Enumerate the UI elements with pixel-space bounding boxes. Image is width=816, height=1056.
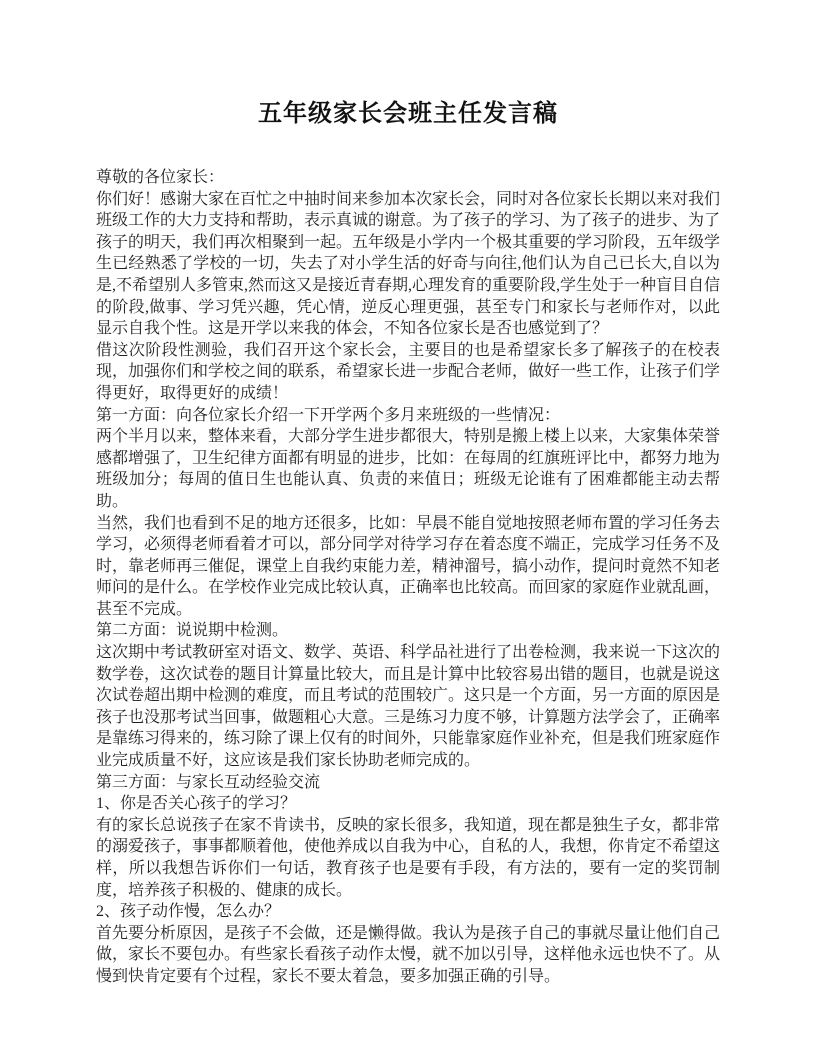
section-2-exam-paragraph: 这次期中考试教研室对语文、数学、英语、科学品社进行了出卷检测，我来说一下这次的数… (96, 642, 720, 772)
document-page: 五年级家长会班主任发言稿 尊敬的各位家长： 你们好！感谢大家在百忙之中抽时间来参… (0, 0, 816, 1056)
salutation-line: 尊敬的各位家长： (96, 167, 720, 189)
section-1-progress-paragraph: 两个半月以来，整体来看，大部分学生进步都很大，特别是搬上楼上以来，大家集体荣誉感… (96, 426, 720, 512)
opening-paragraph: 你们好！感谢大家在百忙之中抽时间来参加本次家长会，同时对各位家长长期以来对我们班… (96, 189, 720, 340)
question-1-paragraph: 有的家长总说孩子在家不肯读书，反映的家长很多，我知道，现在都是独生子女，都非常的… (96, 815, 720, 901)
question-1-heading: 1、你是否关心孩子的学习？ (96, 793, 720, 815)
document-title: 五年级家长会班主任发言稿 (96, 97, 720, 131)
section-1-shortcomings-paragraph: 当然，我们也看到不足的地方还很多，比如：早晨不能自觉地按照老师布置的学习任务去学… (96, 513, 720, 621)
question-2-paragraph: 首先要分析原因，是孩子不会做，还是懒得做。我认为是孩子自己的事就尽量让他们自己做… (96, 923, 720, 988)
meeting-purpose-paragraph: 借这次阶段性测验，我们召开这个家长会，主要目的也是希望家长多了解孩子的在校表现，… (96, 340, 720, 405)
section-2-heading: 第二方面：说说期中检测。 (96, 620, 720, 642)
section-3-heading: 第三方面：与家长互动经验交流 (96, 772, 720, 794)
section-1-heading: 第一方面：向各位家长介绍一下开学两个多月来班级的一些情况： (96, 405, 720, 427)
document-body: 尊敬的各位家长： 你们好！感谢大家在百忙之中抽时间来参加本次家长会，同时对各位家… (96, 167, 720, 988)
question-2-heading: 2、孩子动作慢，怎么办？ (96, 901, 720, 923)
